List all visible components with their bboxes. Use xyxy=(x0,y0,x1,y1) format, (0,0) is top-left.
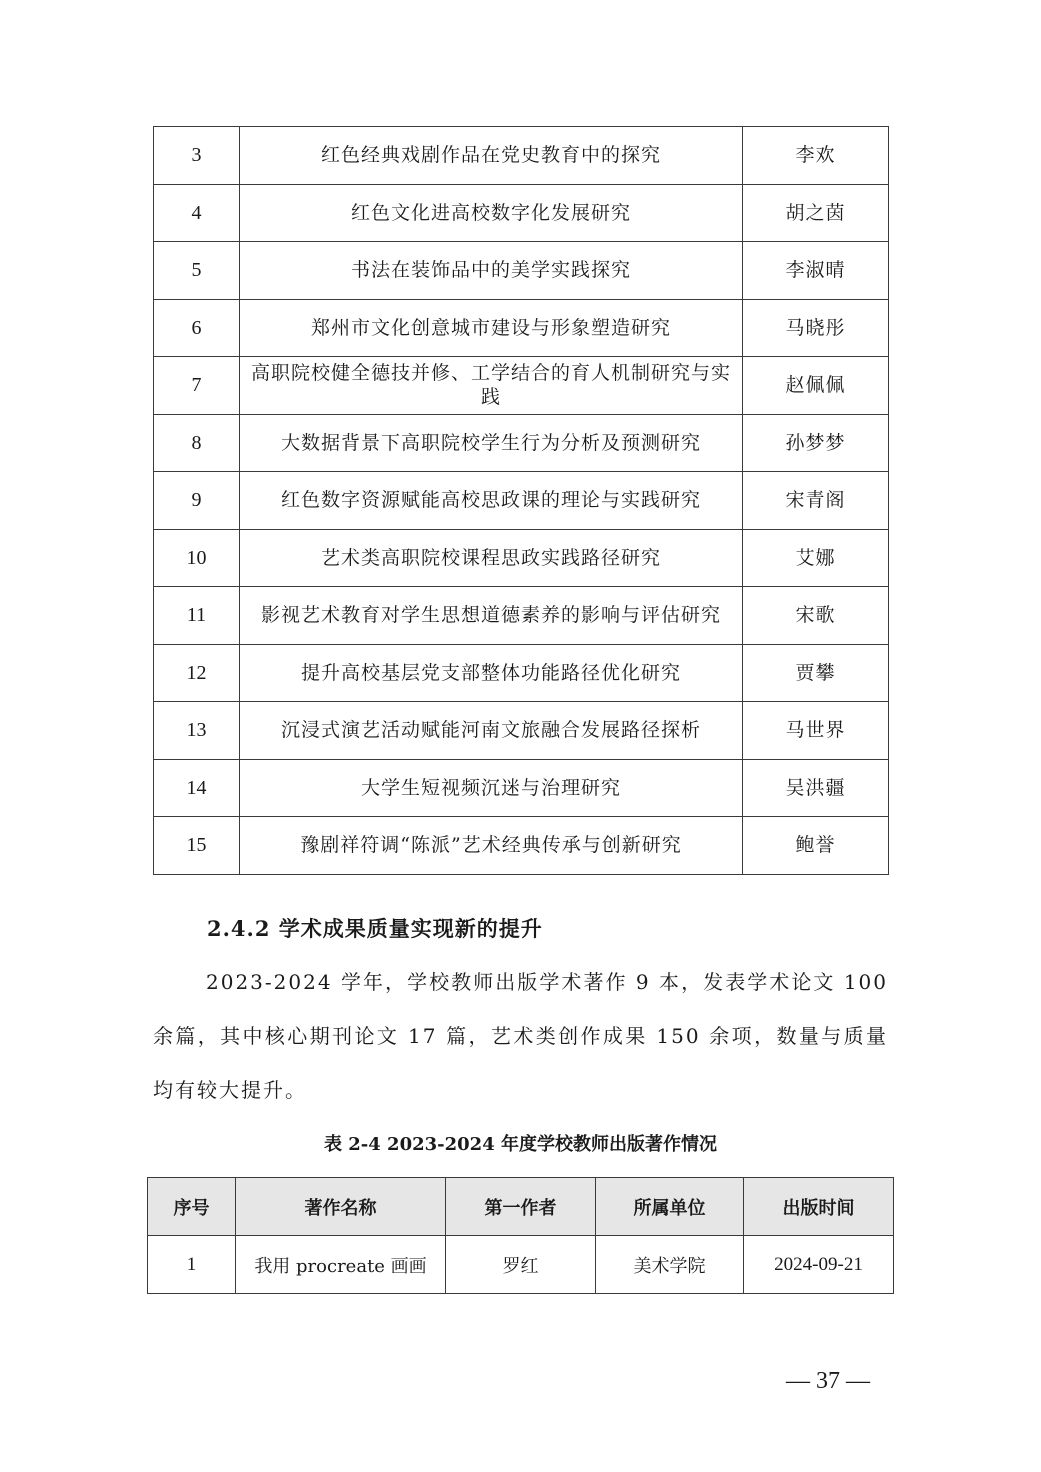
project-leader: 孙梦梦 xyxy=(743,414,889,472)
first-author: 罗红 xyxy=(446,1236,596,1294)
project-title: 艺术类高职院校课程思政实践路径研究 xyxy=(240,529,743,587)
project-title: 高职院校健全德技并修、工学结合的育人机制研究与实践 xyxy=(240,357,743,415)
table-row: 12提升高校基层党支部整体功能路径优化研究贾攀 xyxy=(154,644,889,702)
table-row: 4红色文化进高校数字化发展研究胡之茵 xyxy=(154,184,889,242)
row-number: 6 xyxy=(154,299,240,357)
table-row: 13沉浸式演艺活动赋能河南文旅融合发展路径探析马世界 xyxy=(154,702,889,760)
row-number: 14 xyxy=(154,759,240,817)
row-number: 3 xyxy=(154,127,240,185)
column-header-unit: 所属单位 xyxy=(596,1178,744,1236)
column-header-date: 出版时间 xyxy=(744,1178,894,1236)
row-number: 8 xyxy=(154,414,240,472)
project-leader: 宋歌 xyxy=(743,587,889,645)
project-leader: 马晓彤 xyxy=(743,299,889,357)
table-row: 9红色数字资源赋能高校思政课的理论与实践研究宋青阁 xyxy=(154,472,889,530)
project-leader: 胡之茵 xyxy=(743,184,889,242)
row-number: 5 xyxy=(154,242,240,300)
publish-date: 2024-09-21 xyxy=(744,1236,894,1294)
table-row: 3红色经典戏剧作品在党史教育中的探究李欢 xyxy=(154,127,889,185)
row-number: 4 xyxy=(154,184,240,242)
project-title: 红色数字资源赋能高校思政课的理论与实践研究 xyxy=(240,472,743,530)
project-leader: 贾攀 xyxy=(743,644,889,702)
row-number: 10 xyxy=(154,529,240,587)
row-number: 13 xyxy=(154,702,240,760)
column-header-title: 著作名称 xyxy=(236,1178,446,1236)
project-title: 沉浸式演艺活动赋能河南文旅融合发展路径探析 xyxy=(240,702,743,760)
project-title: 提升高校基层党支部整体功能路径优化研究 xyxy=(240,644,743,702)
project-title: 郑州市文化创意城市建设与形象塑造研究 xyxy=(240,299,743,357)
project-leader: 李欢 xyxy=(743,127,889,185)
project-leader: 吴洪疆 xyxy=(743,759,889,817)
column-header-author: 第一作者 xyxy=(446,1178,596,1236)
affiliated-unit: 美术学院 xyxy=(596,1236,744,1294)
project-title: 影视艺术教育对学生思想道德素养的影响与评估研究 xyxy=(240,587,743,645)
row-number: 9 xyxy=(154,472,240,530)
table-row: 10艺术类高职院校课程思政实践路径研究艾娜 xyxy=(154,529,889,587)
table-row: 6郑州市文化创意城市建设与形象塑造研究马晓彤 xyxy=(154,299,889,357)
project-leader: 赵佩佩 xyxy=(743,357,889,415)
row-number: 12 xyxy=(154,644,240,702)
project-title: 大学生短视频沉迷与治理研究 xyxy=(240,759,743,817)
table-row: 14大学生短视频沉迷与治理研究吴洪疆 xyxy=(154,759,889,817)
research-projects-table: 3红色经典戏剧作品在党史教育中的探究李欢 4红色文化进高校数字化发展研究胡之茵 … xyxy=(153,126,889,875)
row-number: 1 xyxy=(148,1236,236,1294)
book-title: 我用 procreate 画画 xyxy=(236,1236,446,1294)
row-number: 7 xyxy=(154,357,240,415)
table-caption: 表 2-4 2023-2024 年度学校教师出版著作情况 xyxy=(0,1130,1041,1156)
table-row: 11影视艺术教育对学生思想道德素养的影响与评估研究宋歌 xyxy=(154,587,889,645)
page-number: — 37 — xyxy=(786,1368,870,1395)
table-row: 8大数据背景下高职院校学生行为分析及预测研究孙梦梦 xyxy=(154,414,889,472)
project-leader: 宋青阁 xyxy=(743,472,889,530)
published-books-table: 序号 著作名称 第一作者 所属单位 出版时间 1 我用 procreate 画画… xyxy=(147,1177,894,1294)
project-leader: 鲍誉 xyxy=(743,817,889,875)
project-title: 红色文化进高校数字化发展研究 xyxy=(240,184,743,242)
project-title: 豫剧祥符调“陈派”艺术经典传承与创新研究 xyxy=(240,817,743,875)
table-header-row: 序号 著作名称 第一作者 所属单位 出版时间 xyxy=(148,1178,894,1236)
table-row: 7高职院校健全德技并修、工学结合的育人机制研究与实践赵佩佩 xyxy=(154,357,889,415)
project-title: 大数据背景下高职院校学生行为分析及预测研究 xyxy=(240,414,743,472)
project-title: 红色经典戏剧作品在党史教育中的探究 xyxy=(240,127,743,185)
column-header-number: 序号 xyxy=(148,1178,236,1236)
project-title: 书法在装饰品中的美学实践探究 xyxy=(240,242,743,300)
table-row: 1 我用 procreate 画画 罗红 美术学院 2024-09-21 xyxy=(148,1236,894,1294)
project-leader: 马世界 xyxy=(743,702,889,760)
table-row: 5书法在装饰品中的美学实践探究李淑晴 xyxy=(154,242,889,300)
section-paragraph: 2023-2024 学年，学校教师出版学术著作 9 本，发表学术论文 100 余… xyxy=(153,955,888,1117)
project-leader: 艾娜 xyxy=(743,529,889,587)
row-number: 15 xyxy=(154,817,240,875)
section-heading: 2.4.2 学术成果质量实现新的提升 xyxy=(207,913,543,943)
row-number: 11 xyxy=(154,587,240,645)
project-leader: 李淑晴 xyxy=(743,242,889,300)
table-row: 15豫剧祥符调“陈派”艺术经典传承与创新研究鲍誉 xyxy=(154,817,889,875)
